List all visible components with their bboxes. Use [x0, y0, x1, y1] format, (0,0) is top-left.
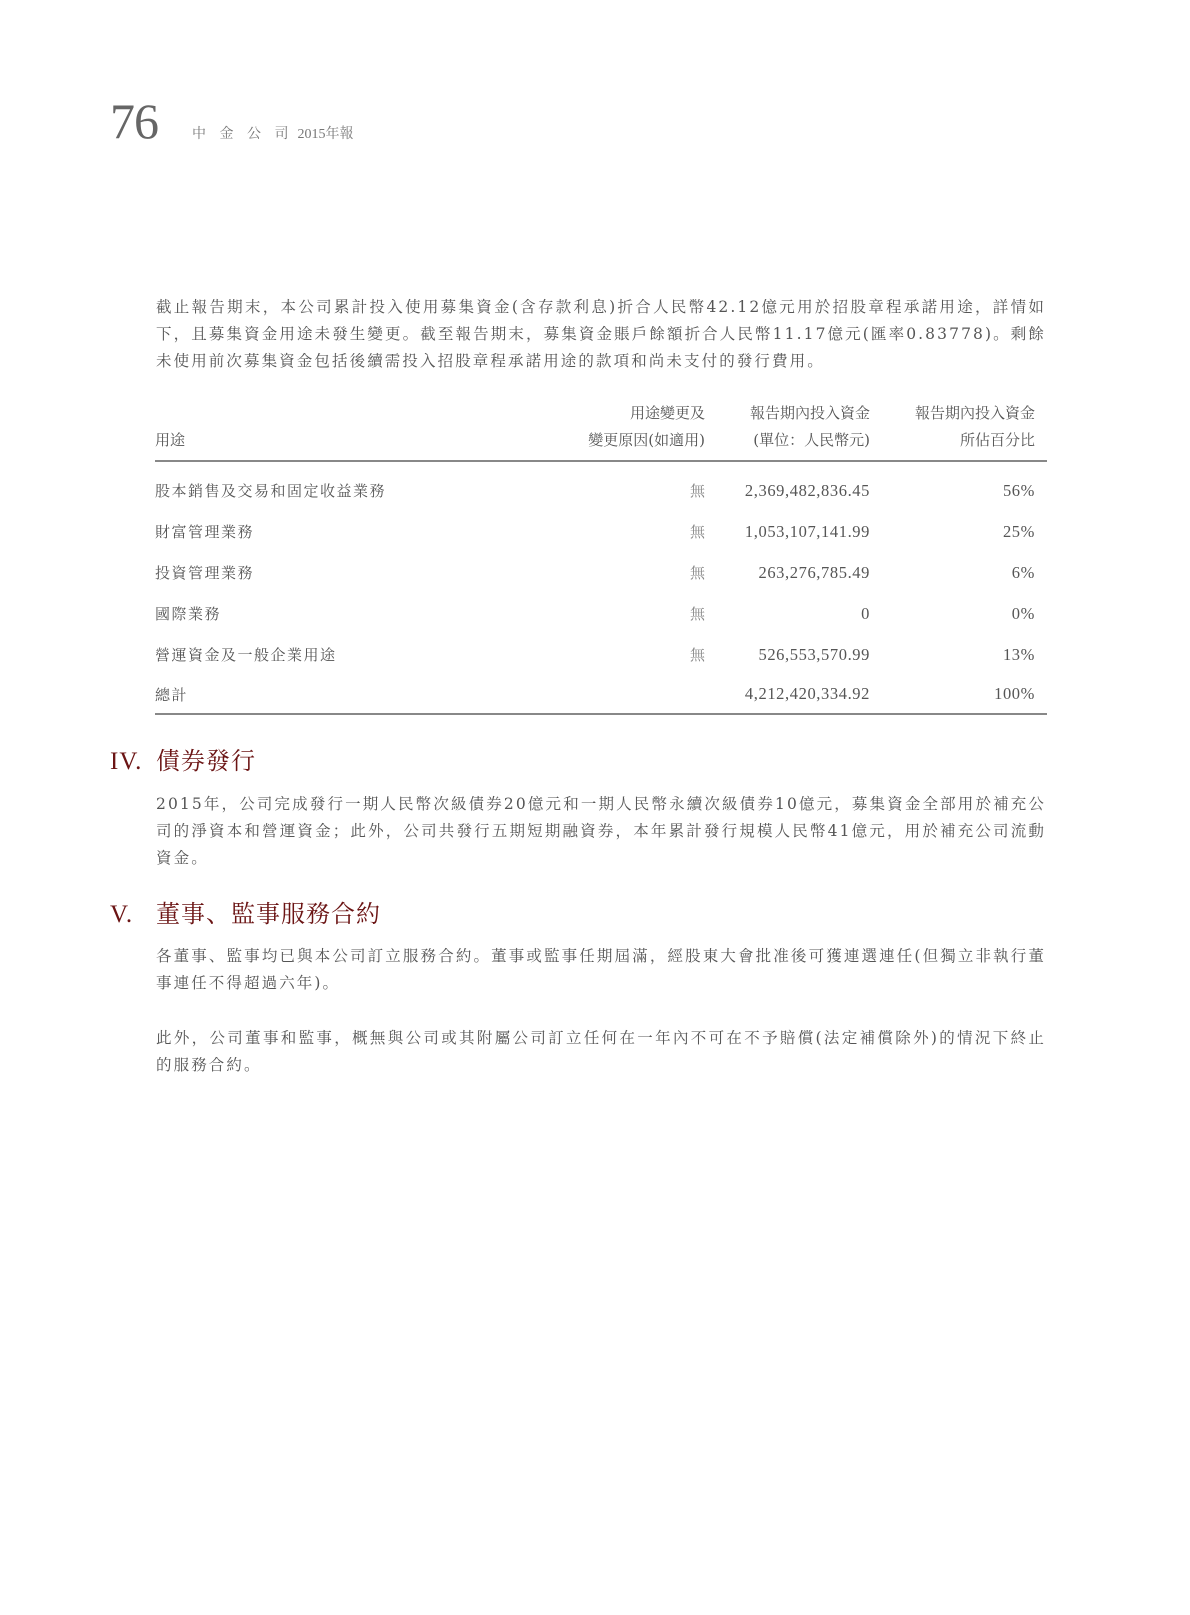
- service-contracts-paragraph-2: 此外，公司董事和監事，概無與公司或其附屬公司訂立任何在一年內不可在不予賠償(法定…: [156, 1025, 1046, 1079]
- total-change: [535, 675, 705, 714]
- section-title: 債券發行: [156, 741, 256, 776]
- cell-percent: 6%: [870, 552, 1047, 593]
- cell-use: 股本銷售及交易和固定收益業務: [155, 461, 535, 511]
- cell-use: 營運資金及一般企業用途: [155, 634, 535, 675]
- cell-change: 無: [535, 511, 705, 552]
- running-title: 中 金 公 司2015年報: [192, 123, 354, 143]
- page-header: 76 中 金 公 司2015年報: [110, 96, 354, 146]
- section-heading-service-contracts: V. 董事、監事服務合約: [110, 894, 381, 929]
- section-numeral: V.: [110, 901, 156, 929]
- service-contracts-paragraph-1: 各董事、監事均已與本公司訂立服務合約。董事或監事任期屆滿，經股東大會批准後可獲連…: [156, 943, 1046, 997]
- header-use: 用途: [155, 400, 535, 461]
- table-header-row: 用途 用途變更及 變更原因(如適用) 報告期內投入資金 (單位：人民幣元) 報告…: [155, 400, 1047, 461]
- cell-use: 國際業務: [155, 593, 535, 634]
- bond-issuance-paragraph: 2015年，公司完成發行一期人民幣次級債券20億元和一期人民幣永續次級債券10億…: [156, 791, 1046, 872]
- table-row: 投資管理業務 無 263,276,785.49 6%: [155, 552, 1047, 593]
- cell-percent: 0%: [870, 593, 1047, 634]
- table-row: 國際業務 無 0 0%: [155, 593, 1047, 634]
- cell-use: 投資管理業務: [155, 552, 535, 593]
- cell-amount: 526,553,570.99: [705, 634, 870, 675]
- cell-amount: 1,053,107,141.99: [705, 511, 870, 552]
- intro-paragraph: 截止報告期末，本公司累計投入使用募集資金(含存款利息)折合人民幣42.12億元用…: [156, 294, 1046, 375]
- section-heading-bond-issuance: IV. 債券發行: [110, 741, 256, 776]
- cell-change: 無: [535, 593, 705, 634]
- table-row: 營運資金及一般企業用途 無 526,553,570.99 13%: [155, 634, 1047, 675]
- company-name: 中 金 公 司: [192, 127, 294, 142]
- header-amount: 報告期內投入資金 (單位：人民幣元): [705, 400, 870, 461]
- total-percent: 100%: [870, 675, 1047, 714]
- section-numeral: IV.: [110, 748, 156, 776]
- cell-percent: 25%: [870, 511, 1047, 552]
- table-row: 股本銷售及交易和固定收益業務 無 2,369,482,836.45 56%: [155, 461, 1047, 511]
- report-name: 2015年報: [298, 127, 354, 142]
- cell-change: 無: [535, 461, 705, 511]
- cell-amount: 263,276,785.49: [705, 552, 870, 593]
- cell-amount: 2,369,482,836.45: [705, 461, 870, 511]
- header-percent: 報告期內投入資金 所佔百分比: [870, 400, 1047, 461]
- cell-amount: 0: [705, 593, 870, 634]
- table-total-row: 總計 4,212,420,334.92 100%: [155, 675, 1047, 714]
- cell-percent: 13%: [870, 634, 1047, 675]
- header-change: 用途變更及 變更原因(如適用): [535, 400, 705, 461]
- cell-percent: 56%: [870, 461, 1047, 511]
- cell-change: 無: [535, 634, 705, 675]
- total-label: 總計: [155, 675, 535, 714]
- page-number: 76: [110, 96, 158, 146]
- proceeds-use-table: 用途 用途變更及 變更原因(如適用) 報告期內投入資金 (單位：人民幣元) 報告…: [155, 400, 1047, 715]
- total-amount: 4,212,420,334.92: [705, 675, 870, 714]
- section-title: 董事、監事服務合約: [156, 894, 381, 929]
- cell-use: 財富管理業務: [155, 511, 535, 552]
- table-row: 財富管理業務 無 1,053,107,141.99 25%: [155, 511, 1047, 552]
- cell-change: 無: [535, 552, 705, 593]
